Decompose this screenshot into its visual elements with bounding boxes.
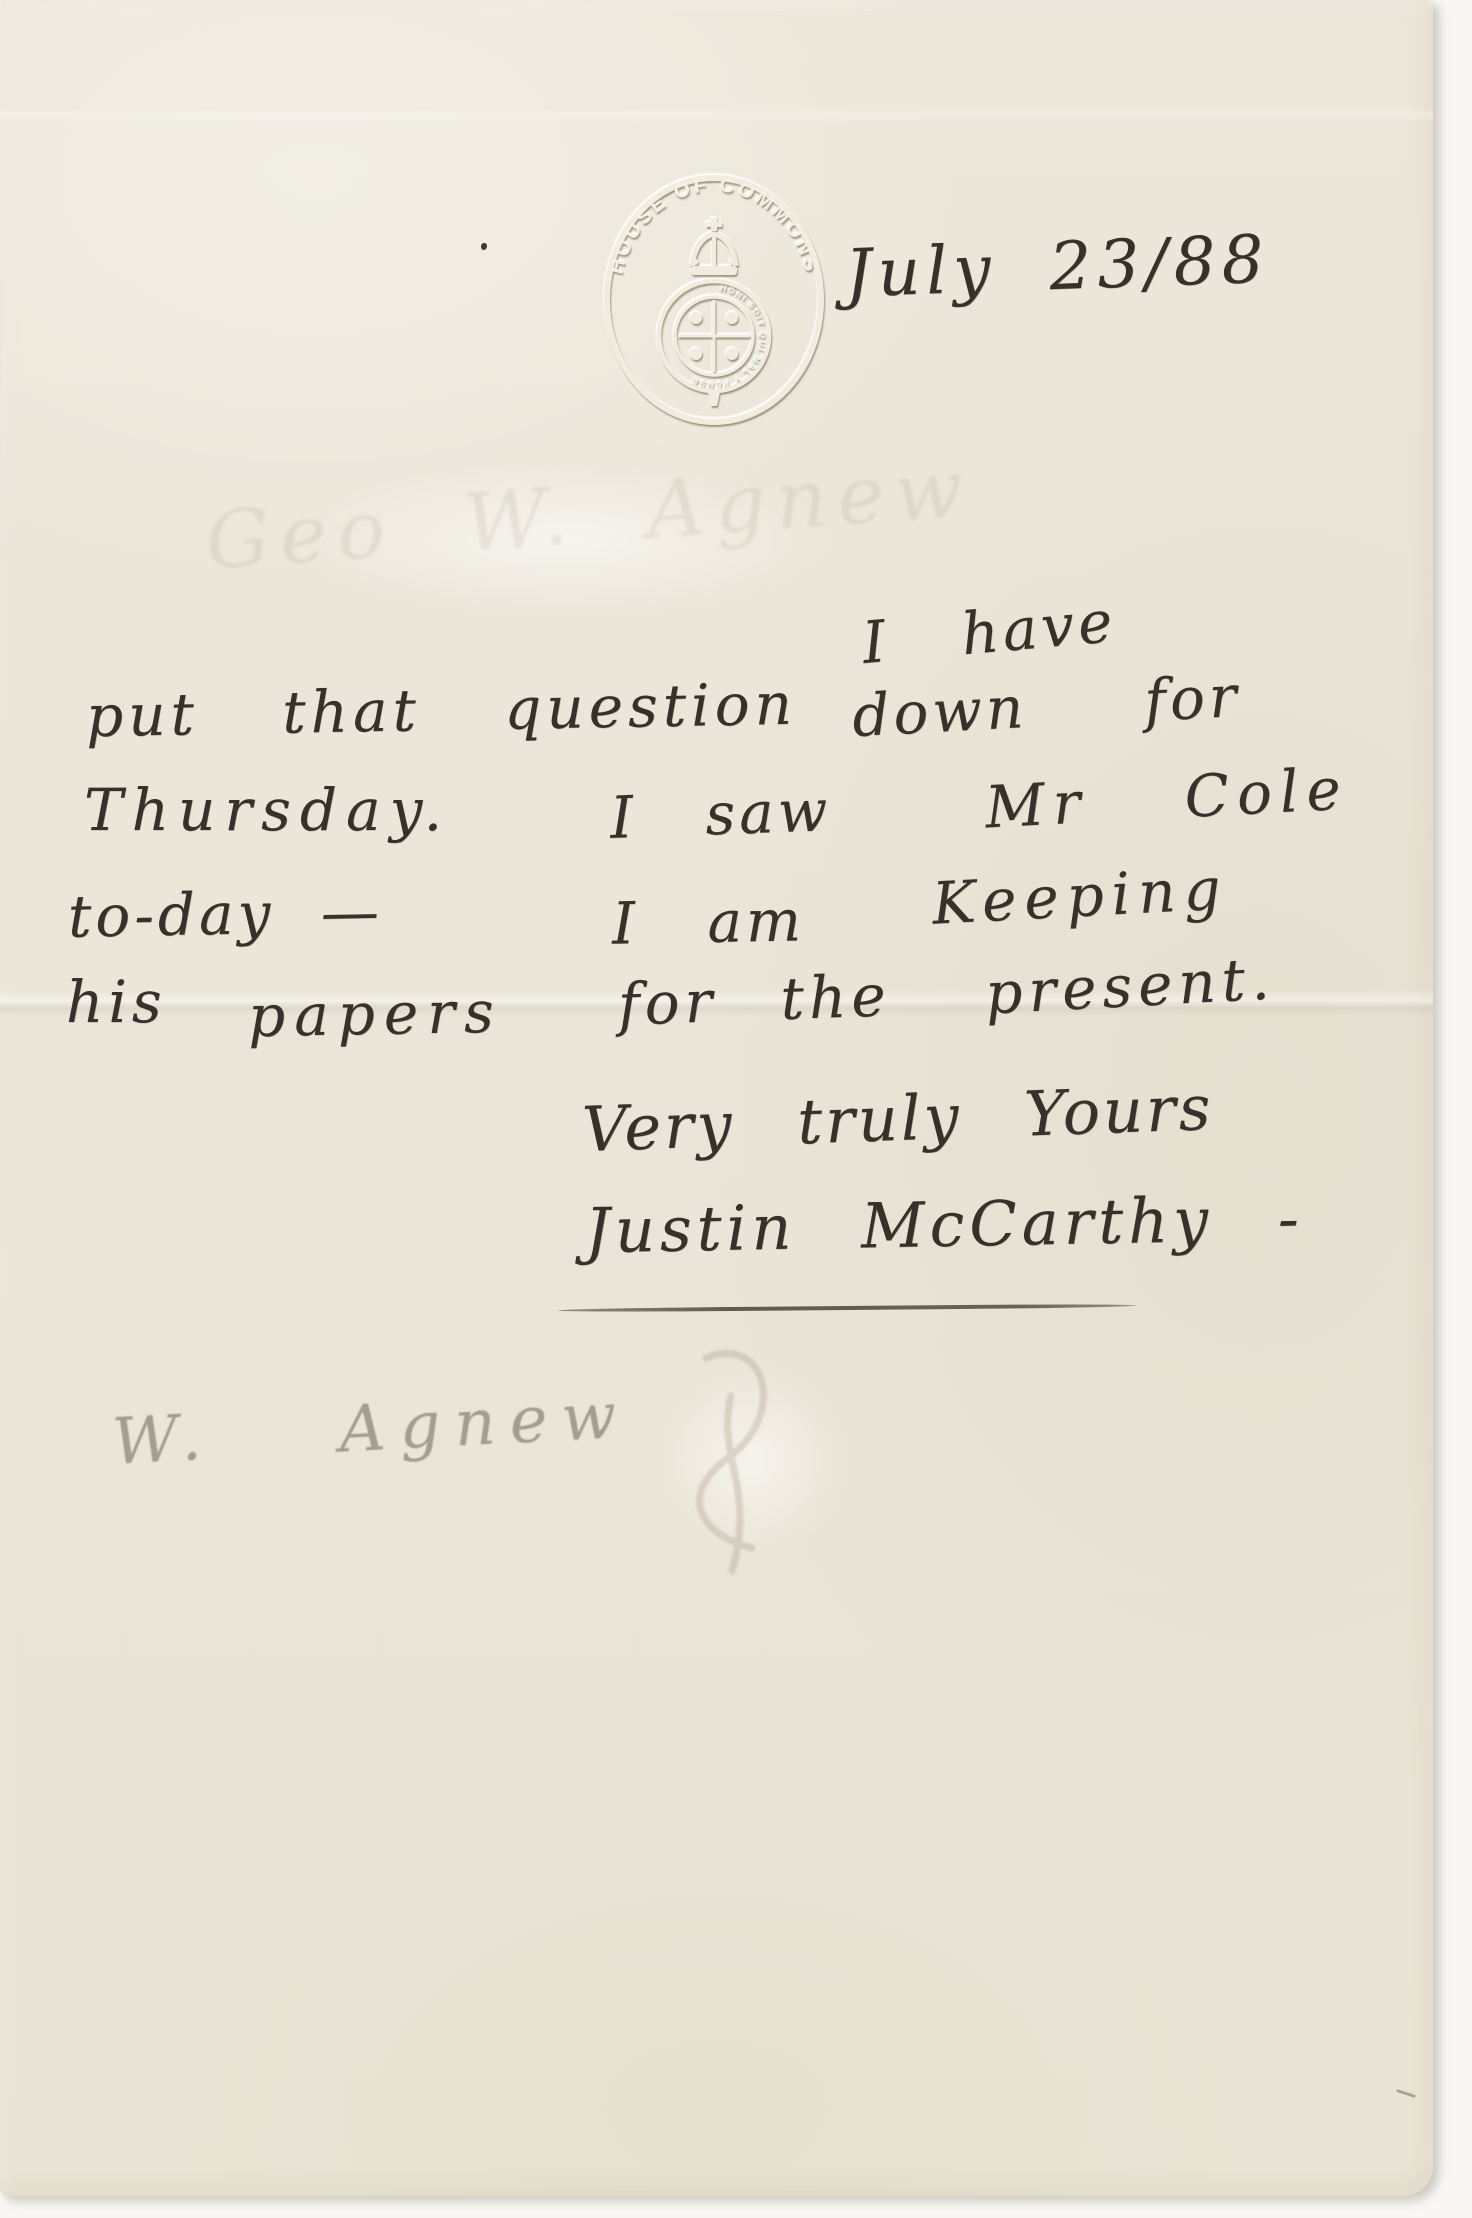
signature: Justin McCarthy - xyxy=(584,1182,1304,1268)
body-line-segment: his xyxy=(66,968,167,1036)
scanned-letter: HOUSE OF COMMONS HONI SOIT QUI MAL Y PEN… xyxy=(0,0,1472,2218)
paper-crease xyxy=(0,108,1433,122)
body-line-segment: Thursday. xyxy=(84,776,451,844)
body-line-segment: put that question xyxy=(85,670,797,750)
body-line-segment: to-day — xyxy=(67,877,383,950)
body-line-segment: I am xyxy=(611,886,805,957)
royal-arms-shield-icon xyxy=(678,300,750,372)
date-handwritten: July 23/88 xyxy=(844,221,1271,313)
body-line-segment: I saw xyxy=(609,776,833,852)
body-line-segment: papers xyxy=(247,978,503,1050)
house-of-commons-embossed-seal-icon: HOUSE OF COMMONS HONI SOIT QUI MAL Y PEN… xyxy=(596,166,832,432)
body-line-segment: for the xyxy=(617,961,892,1038)
crown-icon xyxy=(691,218,737,275)
seal-tail-ornament xyxy=(708,392,720,406)
erased-flourish xyxy=(636,1336,826,1586)
